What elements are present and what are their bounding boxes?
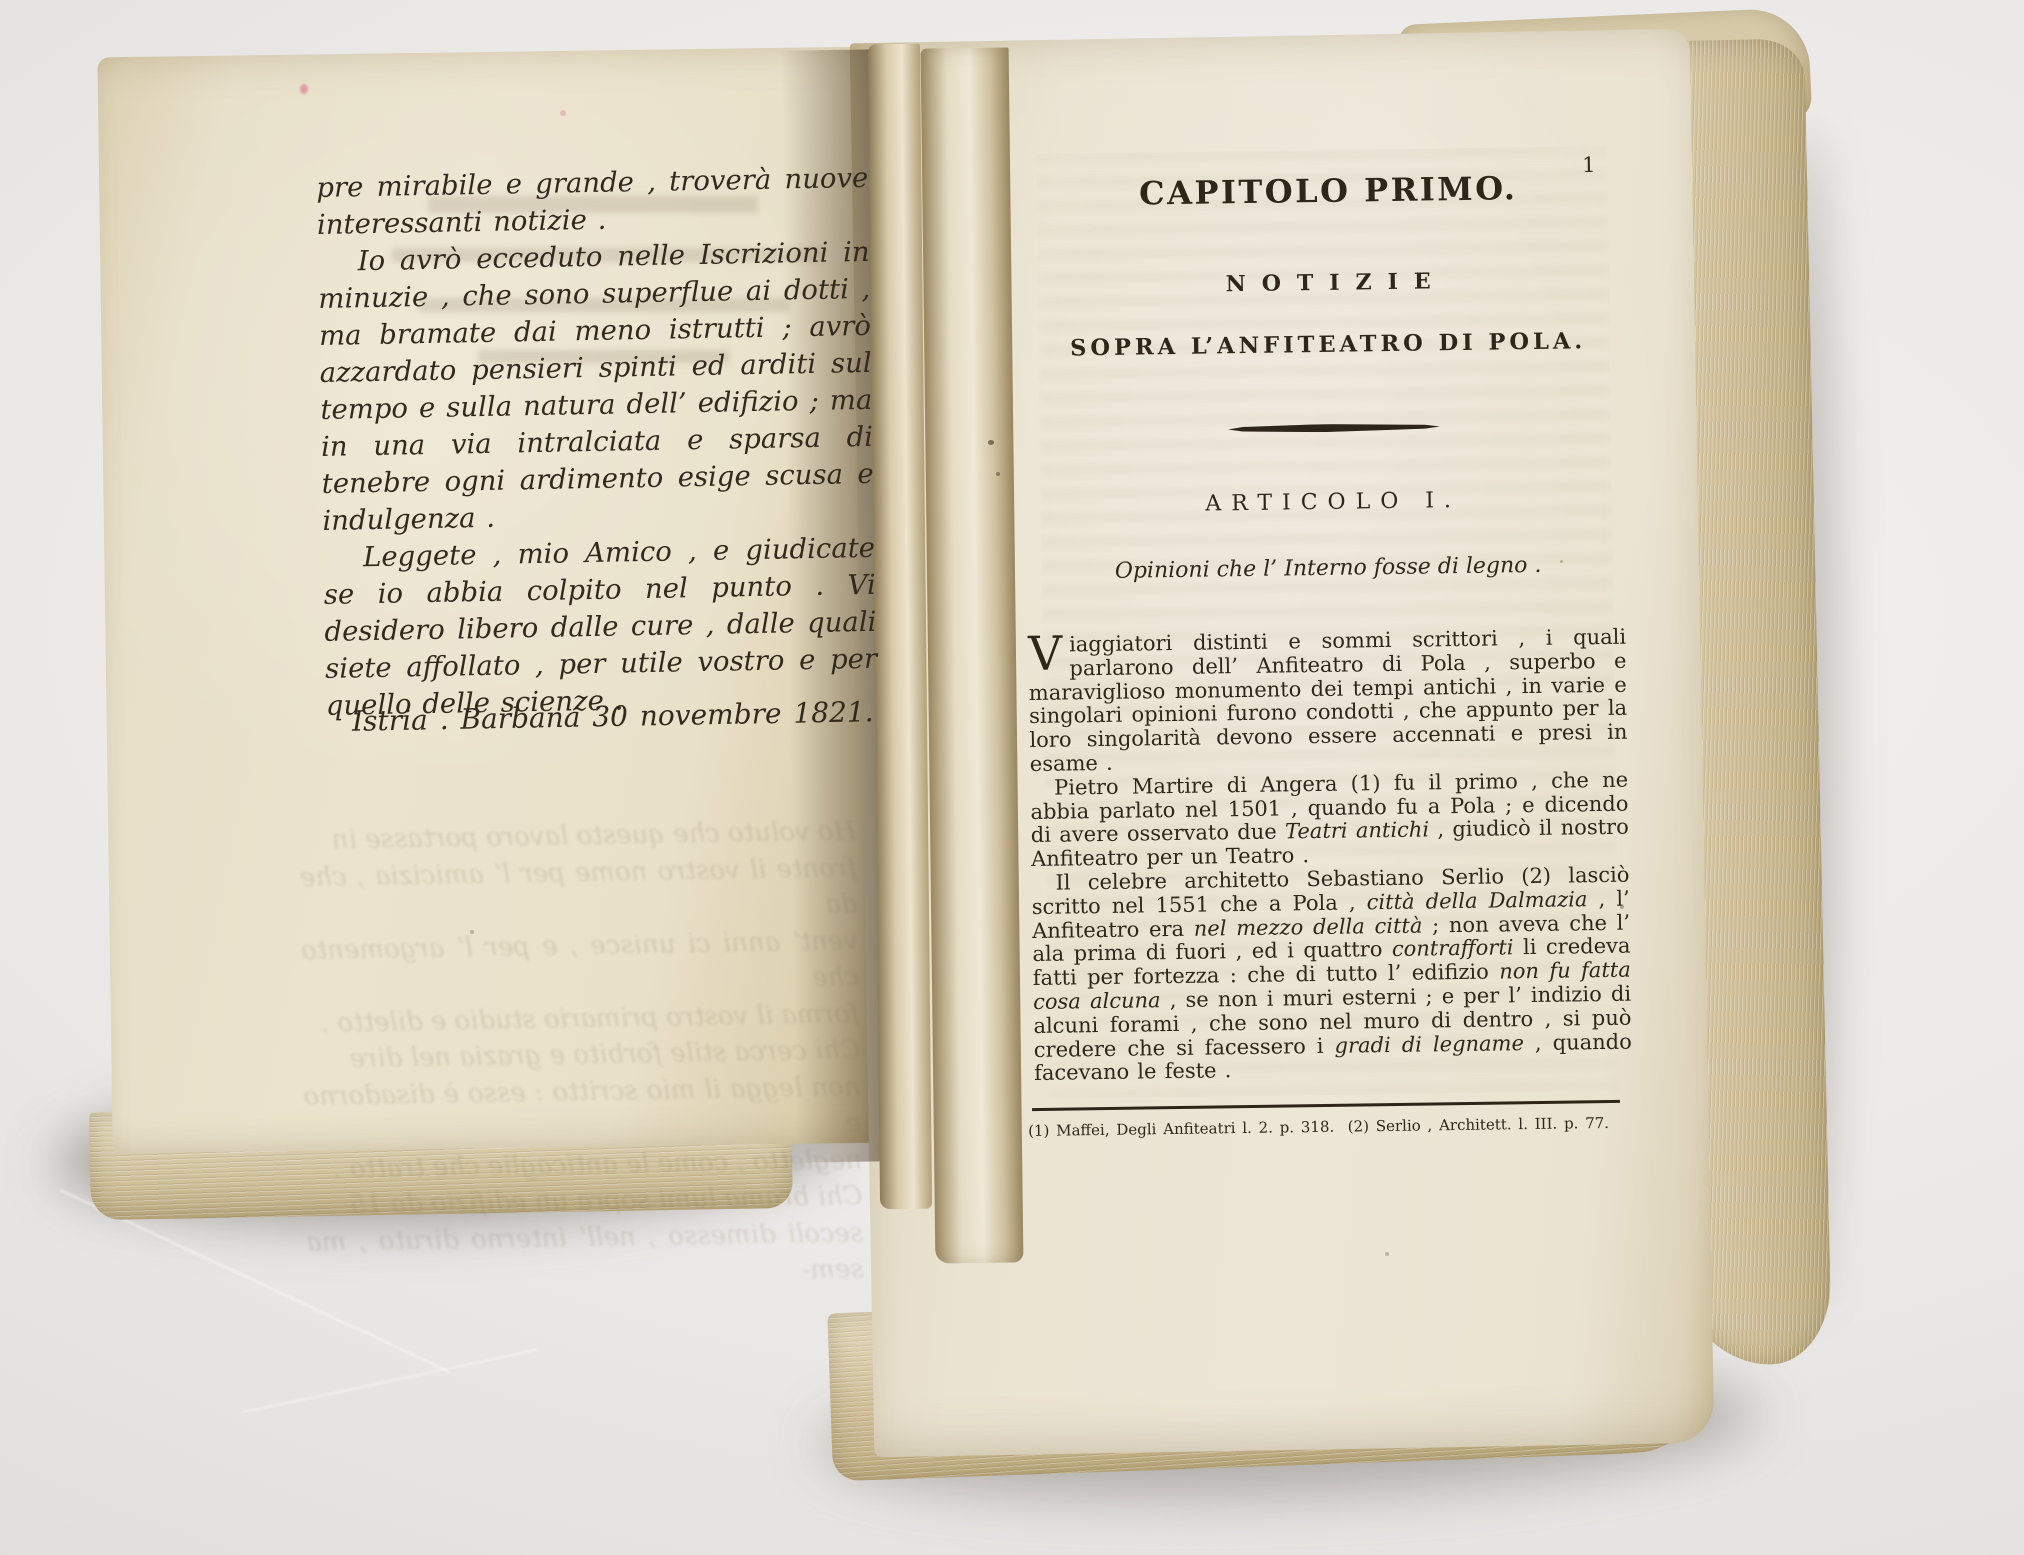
foxing-spot bbox=[1560, 560, 1563, 563]
italic-phrase: contrafforti bbox=[1392, 936, 1514, 962]
pink-speck bbox=[300, 84, 308, 94]
left-page-paragraph: Leggete , mio Amico , e giudicate se io … bbox=[323, 530, 878, 725]
left-page-paragraph: pre mirabile e grande , troverà nuove in… bbox=[316, 160, 869, 244]
right-page-paragraph: Pietro Martire di Angera (1) fu il primo… bbox=[1030, 768, 1629, 872]
italic-phrase: Teatri antichi bbox=[1285, 818, 1429, 844]
foxing-spot bbox=[470, 930, 474, 934]
right-page-paragraph: Il celebre architetto Sebastiano Serlio … bbox=[1031, 864, 1632, 1087]
show-through-line: vent’ anni ci unisce , e per l’ argoment… bbox=[301, 923, 859, 1006]
show-through-line: secoli dimesso , nell’ interno diruto , … bbox=[306, 1215, 864, 1298]
book-photo: Ho voluto che questo lavoro portasse inf… bbox=[0, 0, 2024, 1555]
left-page-text: pre mirabile e grande , troverà nuove in… bbox=[316, 160, 878, 725]
ink-speck bbox=[996, 472, 1000, 476]
italic-phrase: città della Dalmazia bbox=[1367, 887, 1588, 914]
ink-speck bbox=[988, 440, 994, 445]
left-page-paragraph: Io avrò ecceduto nelle Iscrizioni in min… bbox=[317, 234, 874, 540]
gutter-fold-strip bbox=[921, 48, 1024, 1264]
italic-phrase: nel mezzo della città bbox=[1194, 913, 1423, 940]
table-scratch bbox=[243, 1349, 537, 1413]
left-page-show-through: Ho voluto che questo lavoro portasse inf… bbox=[299, 813, 864, 1297]
show-through-line: non legga il mio scritto : esso è disado… bbox=[303, 1069, 861, 1152]
italic-phrase: gradi di legname bbox=[1334, 1031, 1524, 1058]
right-page-text: Viaggiatori distinti e sommi scrittori ,… bbox=[1028, 626, 1632, 1086]
drop-cap: V bbox=[1028, 633, 1070, 674]
show-through-line: fronte il vostro nome per l’ amicizia , … bbox=[300, 850, 858, 933]
right-page-paragraph: Viaggiatori distinti e sommi scrittori ,… bbox=[1028, 626, 1628, 777]
foxing-spot bbox=[1385, 1252, 1389, 1256]
pink-speck bbox=[560, 110, 566, 116]
foxing-spot bbox=[1620, 905, 1624, 909]
text-segment: iaggiatori distinti e sommi scrittori , … bbox=[1029, 625, 1628, 776]
